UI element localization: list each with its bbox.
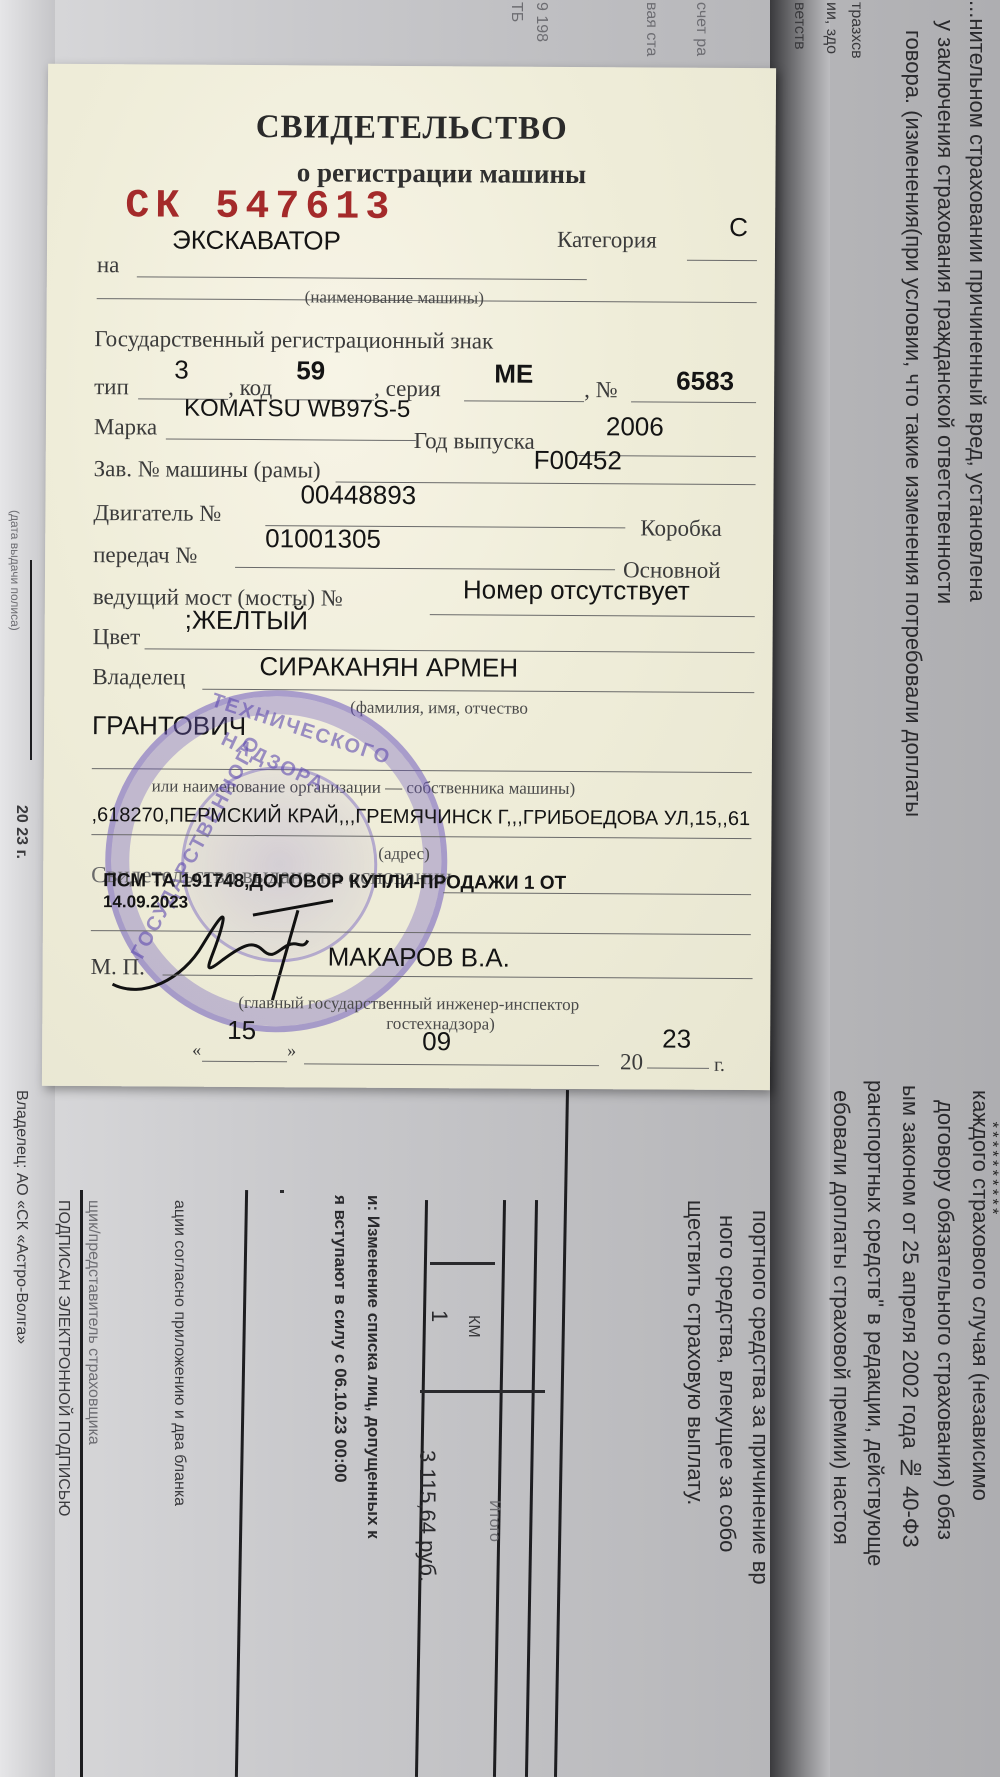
underline: [166, 439, 416, 442]
table-line: [280, 1190, 284, 1193]
brand-label: Марка: [94, 414, 157, 440]
policy-stars: **********: [982, 1120, 1000, 1216]
date-century: 20: [620, 1049, 643, 1075]
bg-fragment: счет ра: [690, 2, 712, 56]
policy-text-line: у заключения страхования гражданской отв…: [930, 20, 960, 604]
owner-label: Владелец: [92, 664, 185, 691]
underline: [137, 276, 587, 280]
type-label: тип: [94, 374, 129, 400]
series-value: МЕ: [494, 359, 533, 390]
policy-text-line: договору обязательного страхования) обяз: [930, 1100, 960, 1540]
date-close-quote: »: [287, 1040, 296, 1061]
machine-name-value: ЭКСКАВАТОР: [172, 225, 341, 257]
color-label: Цвет: [93, 624, 141, 650]
certificate-serial-number: СК 547613: [125, 184, 395, 231]
date-day: 15: [227, 1015, 256, 1046]
policy-text-line: ации согласно приложению и два бланка: [168, 1200, 190, 1506]
table-cell-one: 1: [424, 1310, 454, 1322]
gearbox-label-2: передач №: [93, 542, 197, 569]
bg-fragment: ветств: [788, 2, 810, 50]
policy-text-line: ебовали доплаты страховой премии) настоя: [826, 1090, 856, 1545]
machine-name-hint: (наименование машины): [305, 287, 484, 308]
bg-fragment: ТБ: [505, 2, 527, 22]
date-suffix: г.: [714, 1054, 725, 1077]
underline: [304, 1063, 599, 1066]
address-hint: (адрес): [378, 844, 430, 864]
number-value: 6583: [676, 366, 734, 397]
axle-value: Номер отсутствует: [463, 574, 690, 606]
policy-text-line: портного средства за причинение вр: [745, 1210, 775, 1585]
engine-label: Двигатель №: [93, 500, 221, 527]
inspector-signature: [102, 889, 333, 1010]
table-line: [430, 1262, 495, 1265]
frame-label: Зав. № машины (рамы): [94, 456, 321, 483]
underline: [430, 614, 755, 617]
owner-name-line1: СИРАКАНЯН АРМЕН: [259, 651, 518, 684]
policy-text-line: ым законом от 25 апреля 2002 года № 40-Ф…: [895, 1085, 925, 1548]
category-label: Категория: [557, 227, 657, 254]
owner-name-hint: (фамилия, имя, отчество: [350, 698, 528, 719]
underline: [464, 400, 584, 402]
inspector-name: МАКАРОВ В.А.: [328, 942, 510, 974]
brand-value: KOMATSU WB97S-5: [184, 395, 410, 424]
underline: [235, 567, 615, 570]
category-value: С: [729, 212, 748, 243]
date-year: 23: [662, 1024, 691, 1055]
frame-value: F00452: [534, 445, 622, 477]
table-line: [525, 1200, 538, 1777]
bg-fragment: 9 198: [530, 2, 552, 42]
policy-text-line: ПОДПИСАН ЭЛЕКТРОННОЙ ПОДПИСЬЮ: [52, 1200, 74, 1516]
underline: [647, 1067, 709, 1068]
policy-line: [30, 560, 32, 760]
bg-fragment: вая ста: [640, 2, 662, 56]
policy-issue-date-hint: (дата выдачи полиса): [4, 510, 26, 631]
policy-text-line: ществить страховую выплату.: [680, 1200, 710, 1505]
policy-issue-year: 20 23 г.: [10, 805, 32, 859]
reg-sign-heading: Государственный регистрационный знак: [94, 326, 493, 354]
bg-fragment: тразхсв: [845, 2, 867, 59]
gearbox-value: 01001305: [265, 523, 381, 555]
table-line: [235, 1190, 248, 1777]
underline: [631, 401, 756, 403]
policy-text-line: щик/представитель страховщика: [82, 1200, 104, 1445]
color-value: ;ЖЕЛТЫЙ: [185, 605, 308, 637]
code-value: 59: [296, 355, 325, 386]
policy-change-note: я вступают в силу с 06.10.23 00:00: [325, 1195, 355, 1483]
inspector-hint-1: (главный государственный инженер-инспект…: [238, 993, 579, 1015]
date-month: 09: [422, 1026, 451, 1057]
underline: [202, 1061, 287, 1063]
year-label: Год выпуска: [414, 428, 535, 455]
owner-address: ,618270,ПЕРМСКИЙ КРАЙ,,,ГРЕМЯЧИНСК Г,,,Г…: [91, 804, 750, 831]
year-value: 2006: [606, 411, 664, 442]
registration-certificate: СВИДЕТЕЛЬСТВО о регистрации машины СК 54…: [42, 64, 776, 1090]
engine-value: 00448893: [300, 479, 416, 511]
policy-text-line: Владелец: АО «СК «Астро-Волга»: [10, 1090, 32, 1344]
number-label: , №: [584, 377, 618, 403]
card-shadow-strip: [770, 0, 830, 1777]
policy-text-line: ...нительном страховании причиненный вре…: [962, 0, 992, 602]
gearbox-label: Коробка: [640, 515, 722, 541]
table-cell-km: КМ: [462, 1315, 484, 1338]
date-open-quote: «: [192, 1040, 201, 1061]
underline: [687, 260, 757, 261]
table-line: [554, 1090, 569, 1777]
machine-label: на: [97, 252, 120, 278]
table-total-label: Итого: [483, 1500, 505, 1542]
table-total-value: 3 115,64 руб.: [412, 1450, 442, 1582]
policy-change-note: и: Изменение списка лиц, допущенных к: [358, 1195, 388, 1539]
policy-text-line: ранспортных средств" в редакции, действу…: [860, 1080, 890, 1566]
policy-text-line: ного средства, влекущее за собо: [712, 1215, 742, 1552]
table-line: [420, 1390, 545, 1393]
certificate-title: СВИДЕТЕЛЬСТВО: [48, 108, 776, 149]
table-line: [493, 1200, 506, 1777]
bg-fragment: ии, здо: [820, 2, 842, 54]
type-value: 3: [174, 355, 189, 386]
policy-text-line: говора. (изменения(при условии, что таки…: [898, 30, 928, 817]
